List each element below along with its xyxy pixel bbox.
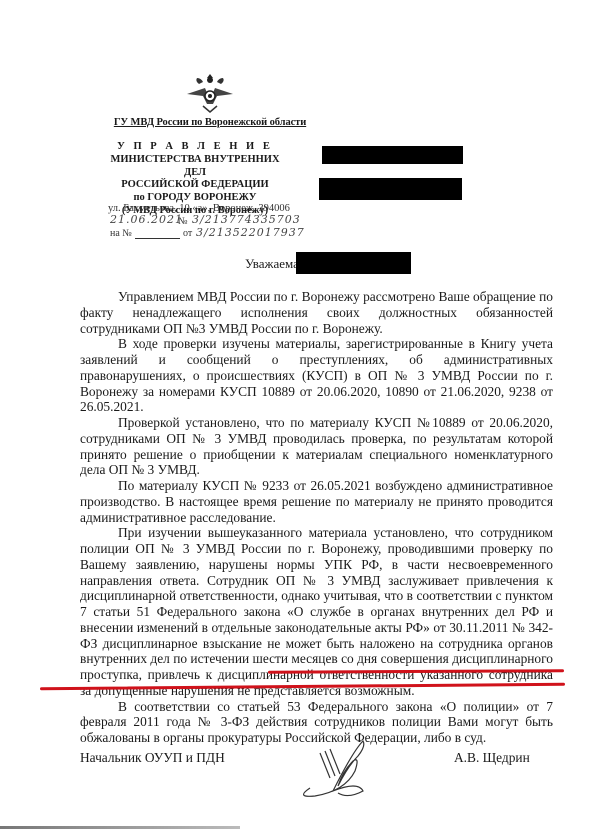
signature-icon — [290, 733, 390, 803]
paragraph-3: Проверкой установлено, что по материалу … — [80, 415, 553, 478]
header-line-1: У П Р А В Л Е Н И Е — [100, 141, 290, 154]
scan-edge-shadow — [0, 826, 240, 829]
reg-no-handwritten: 3/213774335703 — [192, 213, 301, 226]
header-line-3: РОССИЙСКОЙ ФЕДЕРАЦИИ — [100, 179, 290, 192]
paragraph-1: Управлением МВД России по г. Воронежу ра… — [80, 289, 553, 336]
signatory-title: Начальник ОУУП и ПДН — [80, 750, 225, 766]
reply-to-label: на № — [110, 228, 132, 239]
reply-to-blank-line — [135, 238, 180, 239]
recipient-redaction-2 — [319, 178, 462, 200]
paragraph-4: По материалу КУСП № 9233 от 26.05.2021 в… — [80, 478, 553, 525]
paragraph-2: В ходе проверки изучены материалы, зарег… — [80, 336, 553, 415]
reg-date-handwritten: 21.06.2021 — [110, 213, 183, 226]
reply-from-handwritten: 3/213522017937 — [196, 226, 305, 239]
signatory-name: А.В. Щедрин — [454, 750, 530, 766]
reply-from-label: от — [183, 228, 192, 239]
reg-no-label: № — [178, 216, 188, 227]
recipient-redaction-1 — [322, 146, 463, 164]
org-top-title: ГУ МВД России по Воронежской области — [105, 117, 315, 128]
mvd-emblem-icon — [185, 70, 235, 118]
letter-body: Управлением МВД России по г. Воронежу ра… — [80, 289, 553, 746]
header-line-2: МИНИСТЕРСТВА ВНУТРЕННИХ ДЕЛ — [100, 154, 290, 180]
greeting-name-redaction — [296, 252, 411, 274]
